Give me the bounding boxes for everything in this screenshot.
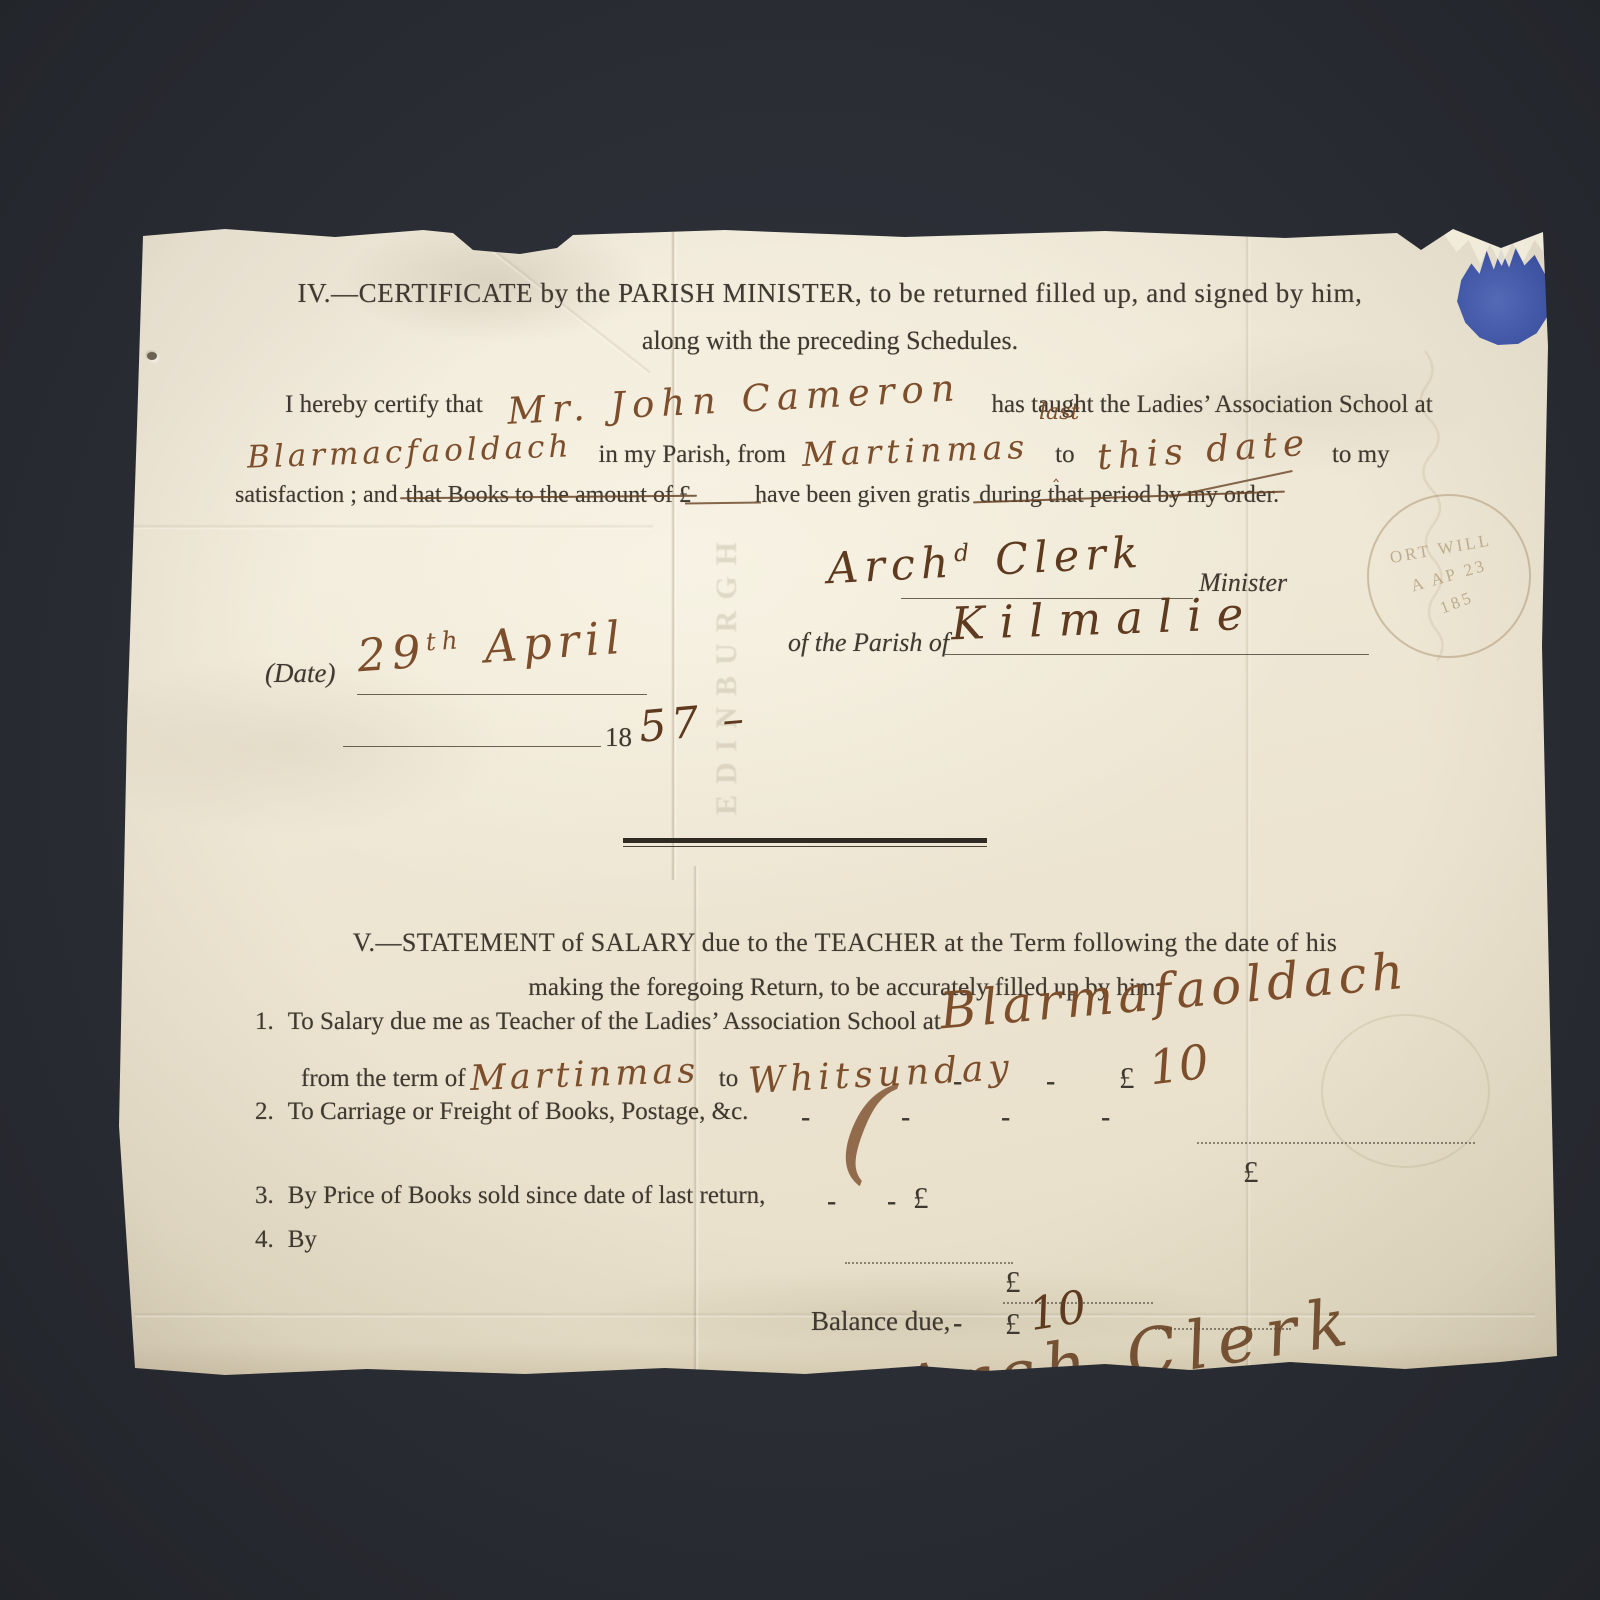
item1-to-label: to [719, 1065, 738, 1093]
date-rule [357, 694, 647, 695]
struck-period-text: during that period by my order. [979, 482, 1279, 509]
handwritten-minister-signature: Archd Clerk [826, 528, 1145, 595]
handwritten-school-place: Blarmacfaoldach [246, 428, 572, 475]
item4-text: By [288, 1226, 317, 1254]
date-superscript: th [425, 625, 465, 657]
item1-dash2: - [1046, 1066, 1055, 1098]
item2-dash2: - [901, 1102, 910, 1134]
item2-currency: £ [1243, 1154, 1259, 1190]
handwritten-term-to: this date [1095, 423, 1311, 479]
item1-currency: £ [1119, 1060, 1135, 1096]
handwritten-date: 29th April [355, 611, 627, 683]
item1-dash1: - [953, 1066, 962, 1098]
handwritten-bottom-signature: Arch Clerk [894, 1282, 1362, 1430]
struck-books-text: that Books to the amount of £ [406, 482, 691, 509]
showthrough-circle [1321, 1014, 1490, 1168]
salary-item3-row: 3. By Price of Books sold since date of … [255, 1182, 765, 1210]
document-paper: EDINBURGH ORT WILL A AP 23 185 IV.—CERTI… [105, 226, 1578, 1378]
item3-dash2: - [887, 1186, 896, 1218]
section-divider [623, 838, 987, 847]
item1-from-label: from the term of [301, 1065, 466, 1093]
showthrough-imprint-text: EDINBURGH [710, 503, 744, 843]
date-label: (Date) [265, 658, 335, 689]
divider-thin-rule [623, 846, 987, 847]
balance-label: Balance due, [811, 1306, 950, 1337]
handwritten-year: 57 – [637, 693, 751, 752]
certify-line2: Blarmacfaoldach in my Parish, from Marti… [247, 430, 1390, 471]
section4-heading-line1: IV.—CERTIFICATE by the PARISH MINISTER, … [105, 278, 1555, 309]
item3-currency: £ [913, 1180, 929, 1216]
subtotal-rule [845, 1262, 1013, 1264]
handwritten-inserted-last: last [1039, 400, 1079, 425]
gratis-text: have been given gratis [755, 482, 970, 509]
in-my-parish-text: in my Parish, from [598, 441, 786, 469]
handwritten-item1-amount: 10 [1146, 1035, 1212, 1097]
item2-dash1: - [801, 1102, 810, 1134]
divider-thick-rule [623, 838, 987, 843]
subtotal-currency: £ [1005, 1264, 1021, 1300]
item2-dash4: - [1101, 1102, 1110, 1134]
certify-intro-text: I hereby certify that [285, 391, 483, 419]
year-rule [343, 746, 601, 747]
year-prefix: 18 [605, 722, 632, 753]
item2-text: To Carriage or Freight of Books, Postage… [288, 1098, 749, 1126]
postmark-stamp: ORT WILL A AP 23 185 [1348, 475, 1551, 678]
salary-item1-row2: from the term of Martinmas to Whitsunday [301, 1054, 1014, 1095]
balance-dash: - [953, 1308, 962, 1340]
insertion-caret: ‸ [1053, 462, 1059, 483]
postmark-line2: A AP 23 [1409, 556, 1490, 597]
item2-number: 2. [255, 1098, 274, 1126]
handwritten-teacher-name: Mr. John Cameron [506, 366, 962, 433]
postmark-line1: ORT WILL [1389, 530, 1494, 568]
satisfaction-text: satisfaction ; and [235, 482, 398, 509]
parish-of-label: of the Parish of [788, 628, 949, 658]
handwritten-item1-from: Martinmas [469, 1051, 700, 1099]
signature-superscript: d [953, 538, 976, 567]
salary-item1-row: 1. To Salary due me as Teacher of the La… [255, 1008, 941, 1036]
item4-number: 4. [255, 1226, 274, 1254]
item1-number: 1. [255, 1008, 274, 1036]
photo-background: EDINBURGH ORT WILL A AP 23 185 IV.—CERTI… [0, 0, 1600, 1600]
item3-text: By Price of Books sold since date of las… [288, 1182, 766, 1210]
certify-line1: I hereby certify that Mr. John Cameron h… [285, 378, 1433, 421]
crease-horizontal-upper [133, 524, 653, 530]
handwritten-term-from: Martinmas [801, 427, 1029, 474]
certify-line3: satisfaction ; and that Books to the amo… [235, 482, 1279, 509]
salary-item4-row: 4. By [255, 1226, 317, 1254]
parish-rule [945, 654, 1369, 655]
item3-number: 3. [255, 1182, 274, 1210]
handwritten-parish-name: Kilmalie [950, 587, 1259, 651]
section4-heading-line2: along with the preceding Schedules. [105, 326, 1555, 356]
item2-amount-rule [1197, 1142, 1475, 1144]
minister-signature-row: Archd Clerk [827, 536, 1144, 586]
to-my-text: to my [1332, 441, 1390, 469]
postmark-line3: 185 [1437, 587, 1476, 618]
item3-dash1: - [827, 1186, 836, 1218]
item2-dash3: - [1001, 1102, 1010, 1134]
item1-text: To Salary due me as Teacher of the Ladie… [288, 1008, 941, 1036]
salary-item2-row: 2. To Carriage or Freight of Books, Post… [255, 1098, 748, 1126]
